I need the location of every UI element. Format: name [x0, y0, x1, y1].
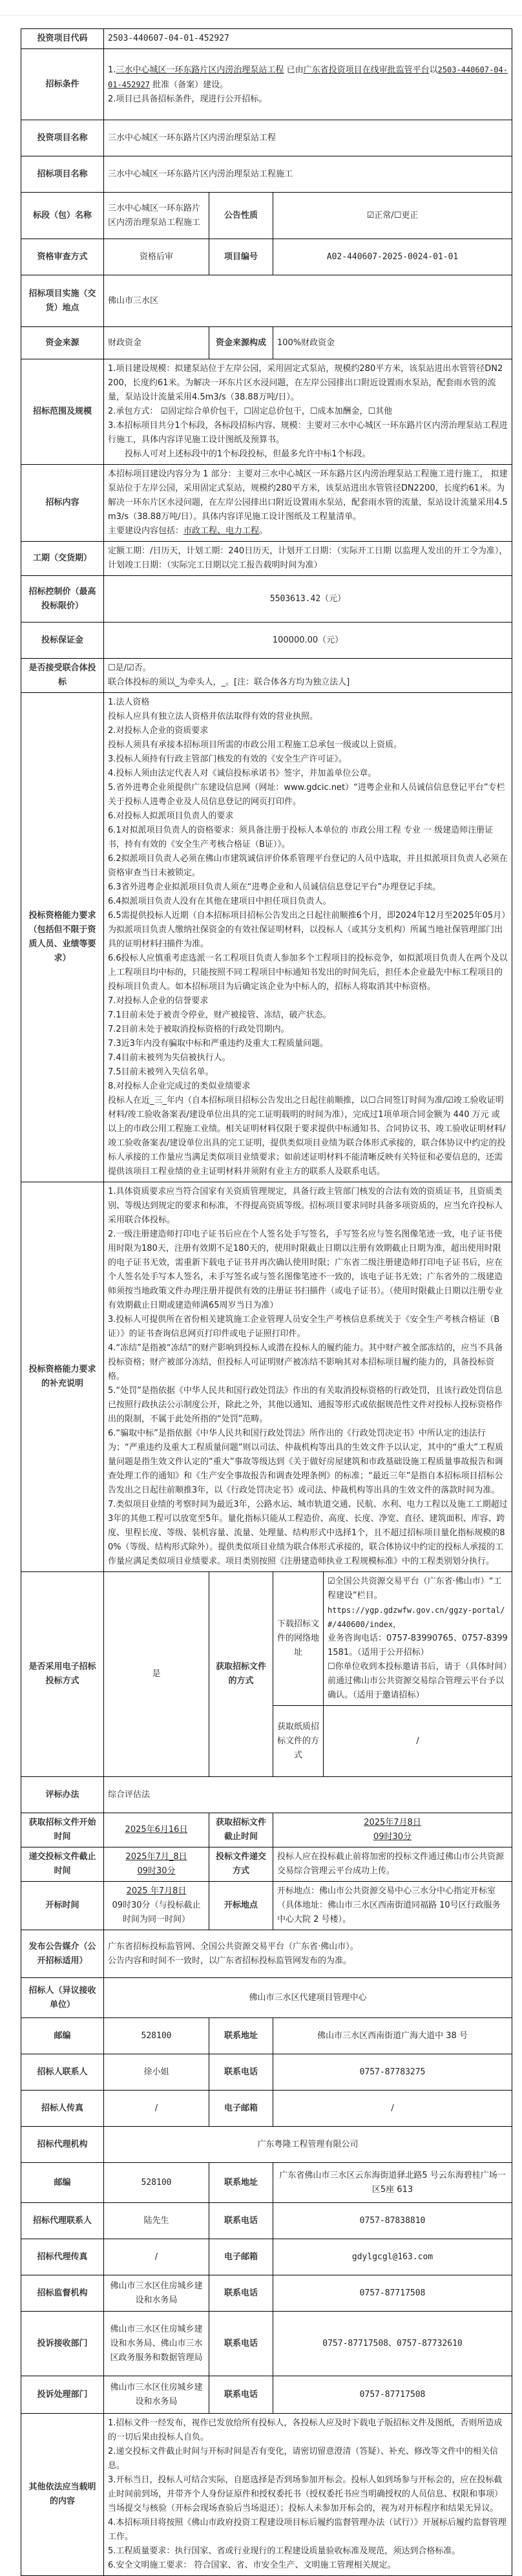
value: 财政资金 [104, 327, 209, 359]
label: 获取招标文件截止时间 [209, 1813, 273, 1847]
value: 2025年6月16日 [104, 1813, 209, 1847]
row-content: 招标内容 本招标项目建设内容分为 1 部分：主要对三水中心城区一环东路片区内涝治… [21, 465, 512, 542]
value: 本招标项目建设内容分为 1 部分：主要对三水中心城区一环东路片区内涝治理泵站工程… [104, 465, 512, 542]
row-a-contact: 招标代理联系人 陆先生 联系电话 0757-87838810 [21, 2203, 512, 2239]
text: 09时30分 [277, 1830, 508, 1844]
text: 2025年7月8日 [277, 1816, 508, 1830]
value: ☑全国公共资源交易平台（广东省·佛山市）“工程建设”栏目。 https://yg… [324, 1572, 512, 1706]
label: 招标项目名称 [21, 156, 104, 193]
label: 标段（包）名称 [21, 193, 104, 239]
label: 招标内容 [21, 465, 104, 542]
row-period: 工期（交货期） 定额工期：/日历天，计划工期：240日历天，计划开工日期：（实际… [21, 542, 512, 576]
text: 6.3省外进粤企业拟派项目负责人须在“进粤企业和人员诚信信息登记平台”办理登记手… [108, 880, 508, 895]
row-evaluation: 评标办法 综合评估法 [21, 1777, 512, 1813]
text: 4.投标人须由法定代表人对《诚信投标承诺书》签字，并加盖单位公章。 [108, 767, 508, 781]
label: 是否采用电子招标投标方式 [21, 1572, 104, 1777]
top-divider [0, 0, 522, 16]
text: 4.本招标项目将按照《佛山市政府投资工程建设项目标后履约监督管理办法（试行）》开… [108, 2516, 508, 2544]
value: / [273, 2091, 512, 2127]
value: 100000.00（元） [104, 623, 512, 659]
value: 三水中心城区一环东路片区内涝治理泵站工程施工 [104, 156, 512, 193]
value: 1.招标文件一经发布，视作已发放给所有投标人，各投标人应及时下载电子版招标文件及… [104, 2414, 512, 2576]
text: 7.5目前未被列入失信名单。 [108, 1065, 508, 1080]
label: 投资项目名称 [21, 120, 104, 156]
text: 3.投标人须持有行政主管部门核发的有效的《安全生产许可证》。 [108, 752, 508, 767]
label: 资金来源构成 [209, 327, 273, 359]
label: 项目编号 [209, 239, 273, 275]
label: 投诉接收部门 [21, 2312, 104, 2376]
label: 联系电话 [209, 2203, 273, 2239]
row-tenderer: 招标人（异议接收单位） 佛山市三水区代建项目管理中心 [21, 1978, 512, 2018]
row-submit: 递交投标文件截止时间 2025年7月_8日 09时30分 投标文件递交方式 投标… [21, 1847, 512, 1882]
text: 6.安全文明施工要求： 符合国家、省、市安全生产、文明施工管理相关规定。 [108, 2559, 508, 2573]
value: 投标人应在投标截止前将加密的投标文件通过佛山市公共资源交易综合管理云平台成功上传… [273, 1847, 512, 1882]
value: 1.具体资质要求应当符合国家有关资质管理规定，具备行政主管部门核发的合法有效的资… [104, 1182, 512, 1572]
row-condition: 招标条件 1.三水中心城区一环东路片区内涝治理泵站工程 已由广东省投资项目在线审… [21, 49, 512, 120]
value: 综合评估法 [104, 1777, 512, 1813]
text: 1. [108, 65, 116, 75]
text: 6.1对拟派项目负责人的资格要求：须具备注册于投标人本单位的 市政公用工程 专业… [108, 824, 508, 852]
value: 佛山市三水区住房城乡建设和水务局 [104, 2376, 209, 2414]
value: 1.法人资格投标人应具有独立法人资格并依法取得有效的营业执照。2.对投标人企业的… [104, 693, 512, 1182]
value: 2503-440607-04-01-452927 [104, 29, 512, 49]
value: 佛山市三水区代建项目管理中心 [104, 1978, 512, 2018]
text: ☑全国公共资源交易平台（广东省·佛山市）“工程建设”栏目。 [328, 1575, 508, 1603]
row-t-fax: 招标人传真 / 电子邮箱 / [21, 2091, 512, 2127]
text: 5.省外进粤企业须提供广东建设信息网（网址：www.gdcic.net）“进粤企… [108, 781, 508, 809]
text: 5.工程质量要求：执行国家、省或行业现行的工程建设质量验收标准及规范，须达到合格… [108, 2544, 508, 2559]
text: 广东省投资项目在线审批监管平台 [304, 65, 430, 75]
row-tender-name: 招标项目名称 三水中心城区一环东路片区内涝治理泵站工程施工 [21, 156, 512, 193]
text: 2025 年7月8日 [108, 1884, 205, 1899]
label: 联系电话 [209, 2312, 273, 2376]
text: 3.本招标项目共分1个标段，各标段招标内容、规模：主要对三水中心城区一环东路片区… [108, 419, 508, 447]
row-price: 招标控制价（最高投标限价） 5503613.42（元） [21, 576, 512, 623]
text: 7.对投标人企业的信誉要求 [108, 994, 508, 1008]
row-fund: 资金来源 财政资金 资金来源构成 100%财政资金 [21, 327, 512, 359]
label: 招标监督机构 [21, 2275, 104, 2312]
label: 招标项目实施（交货）地点 [21, 275, 104, 327]
value: / [324, 1706, 512, 1777]
row-electronic: 是否采用电子招标投标方式 是 获取招标文件的方式 下载招标文件的网络地址 ☑全国… [21, 1572, 512, 1706]
value: 佛山市三水区 [104, 275, 512, 327]
value: 开标地点：佛山市公共资源交易中心三水分中心指定开标室（具体地址：佛山市三水区西南… [273, 1882, 512, 1930]
value: 0757-87717508 [273, 2275, 512, 2312]
download-link[interactable]: https://ygp.gdzwfw.gov.cn/ggzy-portal/#/… [328, 1603, 508, 1632]
row-consortium: 是否接受联合体投标 ☐是/☑否。 联合体投标的须以_为牵头人，_。[注：联合体各… [21, 659, 512, 693]
label: 招标条件 [21, 49, 104, 120]
text: ☐你单位收到本投标邀请书后，请于（具体时间）前通过佛山市公共资源交易综合管理云平… [328, 1660, 508, 1703]
value: 广东省招标投标监管网、全国公共资源交易平台（广东省·佛山市）。 公告内容和时间不… [104, 1930, 512, 1978]
row-obtain-time: 获取招标文件开始时间 2025年6月16日 获取招标文件截止时间 2025年7月… [21, 1813, 512, 1847]
value: 100%财政资金 [273, 327, 512, 359]
label: 递交投标文件截止时间 [21, 1847, 104, 1882]
row-scope: 招标范围及规模 1.项目建设规模：拟建泵站位于左岸公园，采用固定式泵站，规模约2… [21, 359, 512, 465]
value: 佛山市三水区住房城乡建设和水务局 [104, 2275, 209, 2312]
row-invest-name: 投资项目名称 三水中心城区一环东路片区内涝治理泵站工程 [21, 120, 512, 156]
text: 公告内容和时间不一致时，以广东省招标投标监管网发布的为准。 [108, 1954, 508, 1968]
row-section: 标段（包）名称 三水中心城区一环东路片区内涝治理泵站工程施工 公告性质 ☑正常/… [21, 193, 512, 239]
row-complaint-recv: 投诉接收部门 佛山市三水区住房城乡建设和水务局、佛山市三水区政务服务和数据管理局… [21, 2312, 512, 2376]
value: 528100 [104, 2018, 209, 2054]
row-opening: 开标时间 2025 年7月8日 09时30分（与投标截止时间为同一时间） 开标地… [21, 1882, 512, 1930]
text: 6.5需提供投标人近期（自本招标项目招标公告发出之日起往前顺推6个月，即2024… [108, 909, 508, 952]
text: 7.1目前未处于被责令停业，财产被接管、冻结，破产状态。 [108, 1008, 508, 1023]
text: 已由 [287, 65, 304, 75]
value: 佛山市三水区西南街道广海大道中 38 号 [273, 2018, 512, 2054]
label: 获取招标文件的方式 [209, 1572, 273, 1777]
value: ☐是/☑否。 联合体投标的须以_为牵头人，_。[注：联合体各方均为独立法人] [104, 659, 512, 693]
value: 2025年7月8日 09时30分 [273, 1813, 512, 1847]
tender-announcement-table: 投资项目代码 2503-440607-04-01-452927 招标条件 1.三… [21, 28, 512, 2576]
label: 评标办法 [21, 1777, 104, 1813]
text: 2.项目已具备招标条件，现进行公开招标。 [108, 92, 508, 107]
text: 1.项目建设规模：拟建泵站位于左岸公园，采用固定式泵站，规模约280平方米，该泵… [108, 362, 508, 405]
row-location: 招标项目实施（交货）地点 佛山市三水区 [21, 275, 512, 327]
label: 获取招标文件开始时间 [21, 1813, 104, 1847]
email-link[interactable]: gdylgcgl@163.com [273, 2239, 512, 2275]
label: 联系地址 [209, 2163, 273, 2203]
label: 招标代理传真 [21, 2239, 104, 2275]
text: 业务咨询电话：0757-83990765、0757-83991581。（适用于公… [328, 1632, 508, 1660]
value: ☑正常/☐更正 [273, 193, 512, 239]
text: 2.承包方式： ☑固定综合单价包干，☐固定总价包干，☐成本加酬金，☐其他 [108, 405, 508, 419]
text: 三水中心城区一环东路片区内涝治理泵站工程 [116, 65, 284, 75]
text: 2.对投标人企业的资质要求 [108, 724, 508, 738]
row-code: 投资项目代码 2503-440607-04-01-452927 [21, 29, 512, 49]
text: ☐是/☑否。 [108, 661, 508, 676]
text: 6.对投标人拟派项目负责人的要求 [108, 809, 508, 824]
text: 投标人在近_三_年内（自本招标项目招标公告发出之日起往前顺推，以☐合同签订时间为… [108, 1094, 508, 1179]
value: 1.三水中心城区一环东路片区内涝治理泵站工程 已由广东省投资项目在线审批监管平台… [104, 49, 512, 120]
value: 三水中心城区一环东路片区内涝治理泵站工程 [104, 120, 512, 156]
value: 定额工期：/日历天，计划工期：240日历天，计划开工日期：（实际开工日期 以监理… [104, 542, 512, 576]
value: 陆先生 [104, 2203, 209, 2239]
row-a-post: 邮编 528100 联系地址 广东省佛山市三水区云东海街道驿北路5 号云东海碧桂… [21, 2163, 512, 2203]
label: 电子邮箱 [209, 2091, 273, 2127]
text: 7.类似项目业绩的考察时间为最近3年，公路水运、城市轨道交通、民航、水利、电力工… [108, 1498, 508, 1569]
label: 投标资格能力要求的补充说明 [21, 1182, 104, 1572]
label: 招标控制价（最高投标限价） [21, 576, 104, 623]
value: 三水中心城区一环东路片区内涝治理泵站工程施工 [104, 193, 209, 239]
value: 佛山市三水区住房城乡建设和水务局、佛山市三水区政务服务和数据管理局 [104, 2312, 209, 2376]
row-agency: 招标代理机构 广东粤隆工程管理有限公司 [21, 2127, 512, 2163]
label: 联系地址 [209, 2018, 273, 2054]
text: 09时30分 [108, 1864, 205, 1879]
value: / [104, 2091, 209, 2127]
text: 6.4拟派项目负责人没有在其他在建项目中担任项目负责人。 [108, 895, 508, 909]
label: 公告性质 [209, 193, 273, 239]
label: 联系电话 [209, 2275, 273, 2312]
value: 2025 年7月8日 09时30分（与投标截止时间为同一时间） [104, 1882, 209, 1930]
text: 3.投标人可提供所在省份相关建筑施工企业管理人员安全生产考核信息系统关于《安全生… [108, 1313, 508, 1341]
label: 其他依法应当载明的内容 [21, 2414, 104, 2576]
value: 0757-87717508 [273, 2376, 512, 2414]
value: 广东粤隆工程管理有限公司 [104, 2127, 512, 2163]
text: 6.“骗取中标”是指依据《中华人民共和国行政处罚法》所作出的《行政处罚决定书》中… [108, 1427, 508, 1498]
label: 工期（交货期） [21, 542, 104, 576]
label: 投标资格能力要求（包括但不限于资质人员、业绩等要求） [21, 693, 104, 1182]
label: 邮编 [21, 2018, 104, 2054]
label: 招标人传真 [21, 2091, 104, 2127]
label: 邮编 [21, 2163, 104, 2203]
text: 3.开标当日，投标人可结合实际，自愿选择是否到场参加开标会。投标人如到场参与开标… [108, 2473, 508, 2516]
label: 发布公告媒介（公开招标适用） [21, 1930, 104, 1978]
text: 8.对投标人企业完成过的类似业绩要求 [108, 1080, 508, 1094]
value: 0757-87783275 [273, 2054, 512, 2091]
value: 广东省佛山市三水区云东海街道驿北路5 号云东海碧桂广场一区5座 613 [273, 2163, 512, 2203]
label: 下载招标文件的网络地址 [273, 1572, 324, 1706]
row-t-post: 邮编 528100 联系地址 佛山市三水区西南街道广海大道中 38 号 [21, 2018, 512, 2054]
value: 徐小姐 [104, 2054, 209, 2091]
text: 批准（备案）建设。 [152, 80, 228, 90]
label: 投标保证金 [21, 623, 104, 659]
row-a-fax: 招标代理传真 / 电子邮箱 gdylgcgl@163.com [21, 2239, 512, 2275]
text: 2025年7月_8日 [108, 1850, 205, 1864]
label: 开标时间 [21, 1882, 104, 1930]
value: 528100 [104, 2163, 209, 2203]
label: 是否接受联合体投标 [21, 659, 104, 693]
text: 以 [430, 65, 438, 75]
text: 6.2拟派项目负责人必须在佛山市建筑诚信评价体系管理平台登记的人员中选取，并且拟… [108, 852, 508, 880]
text: 1.招标文件一经发布，视作已发放给所有投标人，各投标人应及时下载电子版招标文件及… [108, 2416, 508, 2445]
row-deposit: 投标保证金 100000.00（元） [21, 623, 512, 659]
label: 投标文件递交方式 [209, 1847, 273, 1882]
label: 获取纸质招标文件的方式 [273, 1706, 324, 1777]
label: 投资项目代码 [21, 29, 104, 49]
label: 联系电话 [209, 2376, 273, 2414]
text: 。 [259, 526, 267, 536]
label: 投诉处理部门 [21, 2376, 104, 2414]
text: 投标人须具有承接本招标项目所需的市政公用工程施工总承包一级或以上资质。 [108, 738, 508, 752]
row-t-contact: 招标人联系人 徐小姐 联系电话 0757-87783275 [21, 2054, 512, 2091]
label: 资格审查方式 [21, 239, 104, 275]
value: 1.项目建设规模：拟建泵站位于左岸公园，采用固定式泵站，规模约280平方米，该泵… [104, 359, 512, 465]
label: 招标代理机构 [21, 2127, 104, 2163]
text: 联合体投标的须以_为牵头人，_。[注：联合体各方均为独立法人] [108, 676, 508, 690]
value: 5503613.42（元） [104, 576, 512, 623]
label: 资金来源 [21, 327, 104, 359]
text: 1.法人资格 [108, 696, 508, 710]
value: / [104, 2239, 209, 2275]
row-supervisor: 招标监督机构 佛山市三水区住房城乡建设和水务局 联系电话 0757-877175… [21, 2275, 512, 2312]
text: 7.2目前未处于被取消投标资格的行政处罚期内。 [108, 1023, 508, 1037]
text: 主要建设内容包括： [108, 526, 183, 536]
text: 市政工程、电力工程 [183, 526, 259, 536]
text: 7.4目前未被列为失信被执行人。 [108, 1051, 508, 1065]
row-other: 其他依法应当载明的内容 1.招标文件一经发布，视作已发放给所有投标人，各投标人应… [21, 2414, 512, 2576]
label: 招标人（异议接收单位） [21, 1978, 104, 2018]
text: 本招标项目建设内容分为 1 部分：主要对三水中心城区一环东路片区内涝治理泵站工程… [108, 467, 508, 524]
text: 广东省招标投标监管网、全国公共资源交易平台（广东省·佛山市）。 [108, 1940, 508, 1954]
value: 资格后审 [104, 239, 209, 275]
label: 招标范围及规模 [21, 359, 104, 465]
row-requirements: 投标资格能力要求（包括但不限于资质人员、业绩等要求） 1.法人资格投标人应具有独… [21, 693, 512, 1182]
text: 7.3近3年内没有骗取中标和严重违约及重大工程质量问题。 [108, 1037, 508, 1051]
label: 招标人联系人 [21, 2054, 104, 2091]
text: 投标人可对上述标段中的1个标段投标，但最多允许中标1个标段。 [108, 447, 508, 462]
label: 开标地点 [209, 1882, 273, 1930]
text: 投标人应具有独立法人资格并依法取得有效的营业执照。 [108, 710, 508, 724]
value: 2025年7月_8日 09时30分 [104, 1847, 209, 1882]
text: 09时30分（与投标截止时间为同一时间） [108, 1899, 205, 1927]
text: 2.一级注册建造师打印电子证书后应在个人签名处手写签名，手写签名应与签名图像笔迹… [108, 1228, 508, 1313]
label: 联系电话 [209, 2054, 273, 2091]
row-complaint-proc: 投诉处理部门 佛山市三水区住房城乡建设和水务局 联系电话 0757-877175… [21, 2376, 512, 2414]
value: 0757-87838810 [273, 2203, 512, 2239]
text: 2.递交投标文件截止时间与开标时间是否有变化，请密切留意澄清（答疑）、补充、修改… [108, 2445, 508, 2473]
text: 5.“处罚”是指依据《中华人民共和国行政处罚法》作出的有关取消投标资格的行政处罚… [108, 1384, 508, 1427]
text: 1.具体资质要求应当符合国家有关资质管理规定，具备行政主管部门核发的合法有效的资… [108, 1185, 508, 1228]
text: 6.6投标人应慎重考虑选派一名工程项目负责人参加多个工程项目的投标竞争，如拟派项… [108, 952, 508, 994]
row-supplement: 投标资格能力要求的补充说明 1.具体资质要求应当符合国家有关资质管理规定，具备行… [21, 1182, 512, 1572]
value: 0757-87717508、0757-87732610 [273, 2312, 512, 2376]
row-media: 发布公告媒介（公开招标适用） 广东省招标投标监管网、全国公共资源交易平台（广东省… [21, 1930, 512, 1978]
value: A02-440607-2025-0024-01-01 [273, 239, 512, 275]
value: 是 [104, 1572, 209, 1777]
row-qualify: 资格审查方式 资格后审 项目编号 A02-440607-2025-0024-01… [21, 239, 512, 275]
label: 招标代理联系人 [21, 2203, 104, 2239]
text: 4.“冻结”是指被“冻结”的财产影响到投标人或潜在投标人的履约能力。其中财产被全… [108, 1341, 508, 1384]
label: 电子邮箱 [209, 2239, 273, 2275]
